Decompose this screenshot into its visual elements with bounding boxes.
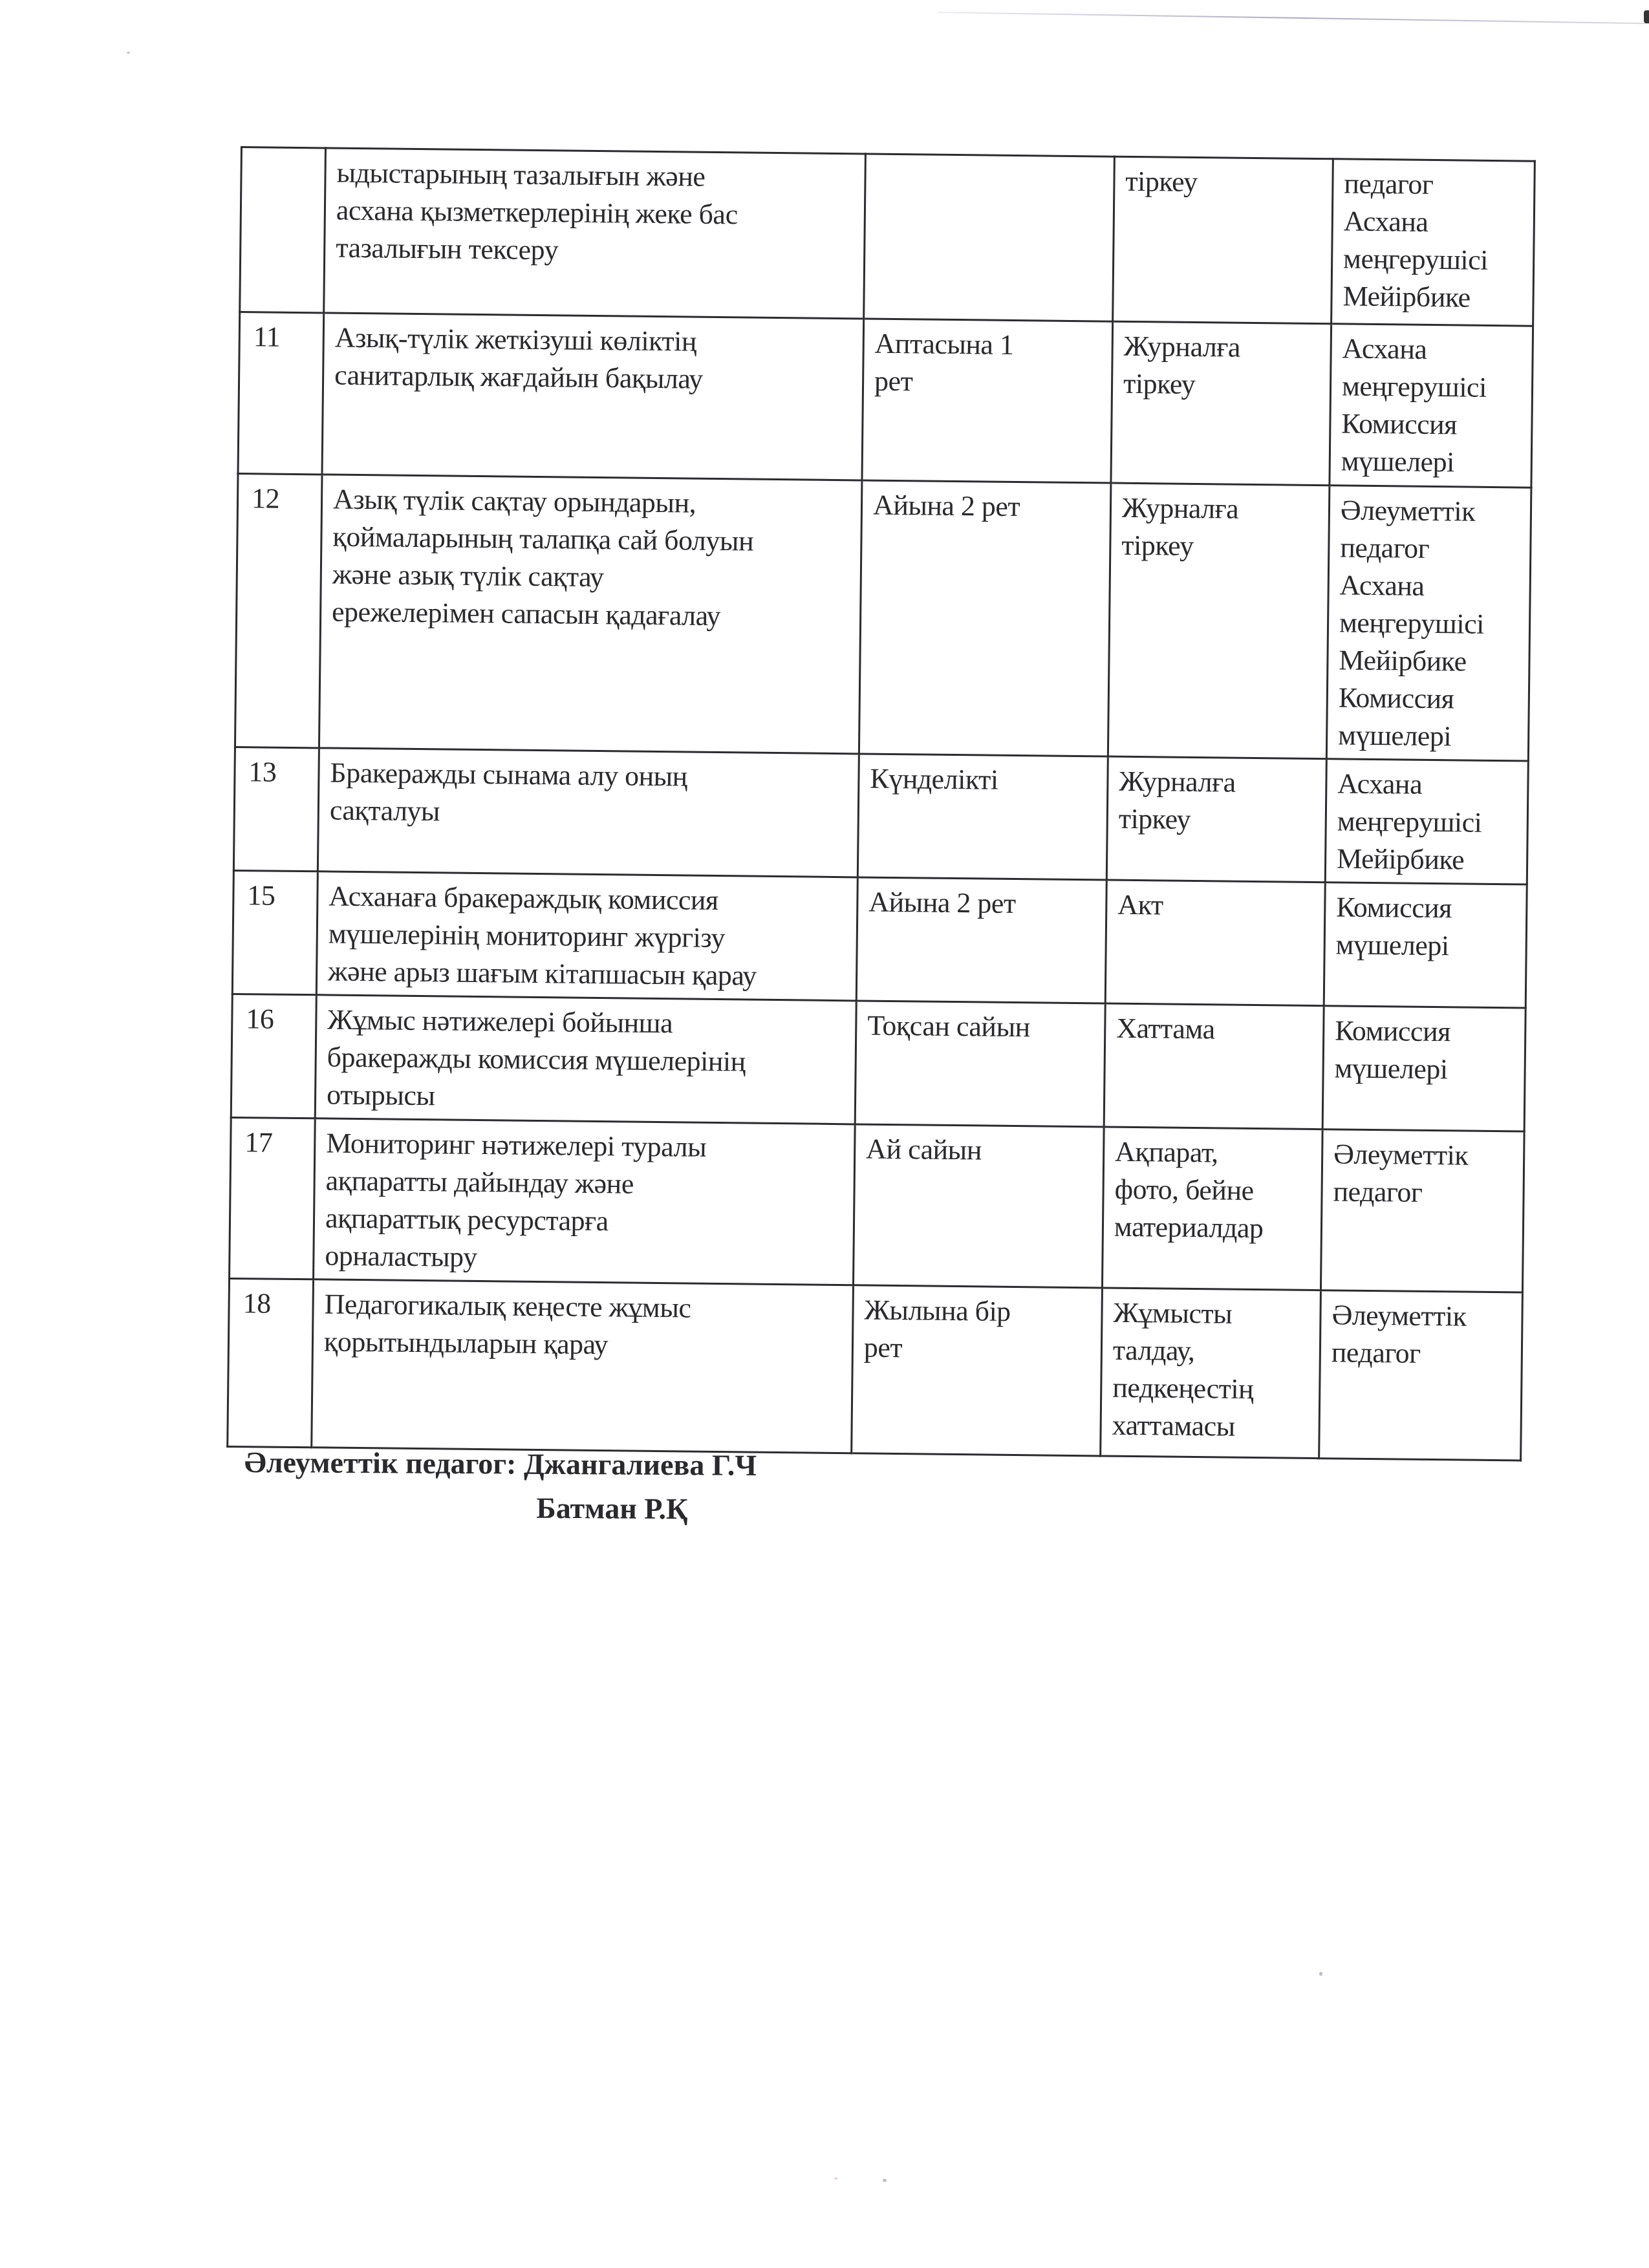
- cell-frequency: Айына 2 рет: [856, 877, 1106, 1003]
- row-number: 17: [244, 1124, 305, 1162]
- table-body: ыдыстарының тазалығын жәнеасхана қызметк…: [228, 147, 1535, 1461]
- cell-responsible-line: Әлеуметтік: [1333, 1135, 1514, 1175]
- cell-activity-line: тазалығын тексеру: [336, 230, 855, 273]
- cell-frequency-line: Ай сайын: [866, 1131, 1094, 1171]
- document-page: ыдыстарының тазалығын жәнеасхана қызметк…: [226, 146, 1534, 1462]
- cell-responsible-line: педагог: [1344, 165, 1525, 204]
- cell-activity-line: мүшелерінің мониторинг жүргізу: [329, 915, 848, 959]
- table-row: 15Асханаға бракераждық комиссиямүшелерін…: [232, 870, 1527, 1008]
- cell-frequency: [864, 154, 1115, 321]
- cell-frequency-line: рет: [864, 1329, 1092, 1369]
- signature-line-second-name: Батман Р.Қ: [244, 1487, 757, 1529]
- cell-frequency-line: Аптасына 1: [874, 325, 1103, 365]
- scan-speck: [883, 2179, 887, 2182]
- cell-responsible-line: Әлеуметтік: [1341, 491, 1522, 531]
- cell-responsible-line: Мейірбике: [1342, 277, 1524, 317]
- scan-speck: [127, 52, 130, 54]
- cell-activity-line: Мониторинг нәтижелері туралы: [326, 1125, 845, 1168]
- cell-form: Журналғатіркеу: [1111, 321, 1331, 486]
- cell-activity-line: отырысы: [327, 1076, 846, 1120]
- cell-activity-line: және азық түлік сақтау: [332, 556, 852, 599]
- cell-frequency-line: Күнделікті: [870, 760, 1098, 800]
- cell-frequency-line: Тоқсан сайын: [867, 1007, 1095, 1047]
- cell-responsible-line: меңгерушісі: [1343, 240, 1524, 279]
- cell-activity-line: қоймаларының талапқа сай болуын: [332, 519, 852, 562]
- cell-responsible-line: Асхана: [1344, 202, 1525, 242]
- cell-form-line: Хаттама: [1116, 1010, 1314, 1049]
- cell-number: 15: [232, 870, 318, 994]
- cell-frequency: Тоқсан сайын: [855, 1001, 1105, 1127]
- cell-form-line: Журналға: [1122, 489, 1320, 529]
- cell-responsible-line: Комиссия: [1339, 679, 1520, 718]
- table-row: ыдыстарының тазалығын жәнеасхана қызметк…: [240, 147, 1535, 326]
- row-number: 11: [253, 318, 314, 356]
- cell-frequency-line: Айына 2 рет: [868, 884, 1097, 924]
- cell-responsible-line: мүшелері: [1341, 442, 1522, 482]
- cell-activity-line: ақпаратты дайындау және: [325, 1162, 845, 1206]
- cell-form: Хаттама: [1104, 1003, 1324, 1129]
- table-row: 11Азық-түлік жеткізуші көліктіңсанитарлы…: [238, 312, 1533, 488]
- cell-form: Жұмыстыталдау,педкеңестіңхаттамасы: [1101, 1288, 1321, 1459]
- table-row: 12Азық түлік сақтау орындарын,қоймаларын…: [235, 473, 1531, 761]
- cell-form-line: Акт: [1117, 886, 1315, 926]
- cell-form-line: хаттамасы: [1112, 1407, 1309, 1446]
- cell-responsible-line: Комиссия: [1336, 888, 1517, 928]
- cell-responsible-line: Асхана: [1337, 765, 1518, 804]
- cell-form-line: материалдар: [1114, 1208, 1312, 1248]
- cell-number: 11: [238, 312, 324, 475]
- cell-activity-line: сақталуы: [330, 792, 849, 835]
- cell-responsible: ӘлеуметтікпедагогАсханамеңгерушісіМейірб…: [1326, 486, 1531, 761]
- cell-frequency: Айына 2 рет: [859, 480, 1111, 756]
- cell-activity: Жұмыс нәтижелері бойыншабракеражды комис…: [315, 995, 856, 1124]
- cell-responsible-line: Мейірбике: [1337, 840, 1518, 879]
- cell-activity: ыдыстарының тазалығын жәнеасхана қызметк…: [324, 148, 866, 319]
- cell-activity-line: Жұмыс нәтижелері бойынша: [327, 1001, 846, 1045]
- cell-activity-line: Азық түлік сақтау орындарын,: [333, 481, 852, 524]
- cell-activity-line: санитарлық жағдайын бақылау: [334, 357, 854, 400]
- cell-responsible-line: меңгерушісі: [1339, 604, 1520, 643]
- scan-speck: [834, 2177, 837, 2179]
- cell-frequency-line: рет: [874, 363, 1103, 403]
- cell-form-line: тіркеу: [1119, 800, 1317, 840]
- cell-number: 13: [233, 747, 319, 871]
- row-number: 18: [242, 1285, 303, 1323]
- cell-number: 12: [235, 473, 322, 747]
- cell-responsible-line: педагог: [1333, 1173, 1514, 1212]
- cell-activity: Педагогикалық кеңесте жұмысқорытындылары…: [312, 1279, 854, 1453]
- table-row: 13Бракеражды сынама алу оныңсақталуыКүнд…: [233, 747, 1528, 884]
- cell-activity: Бракеражды сынама алу оныңсақталуы: [318, 748, 859, 877]
- cell-responsible-line: Асхана: [1339, 566, 1520, 606]
- cell-form-line: тіркеу: [1125, 163, 1323, 202]
- cell-activity-line: және арыз шағым кітапшасын қарау: [328, 953, 847, 996]
- cell-responsible-line: Әлеуметтік: [1331, 1296, 1513, 1336]
- cell-responsible-line: Комиссия: [1341, 405, 1522, 444]
- cell-form-line: Жұмысты: [1113, 1294, 1311, 1334]
- table-row: 17Мониторинг нәтижелері туралыақпаратты …: [230, 1117, 1525, 1292]
- cell-activity: Азық-түлік жеткізуші көліктіңсанитарлық …: [322, 313, 864, 480]
- cell-responsible-line: меңгерушісі: [1342, 367, 1523, 407]
- cell-form: Журналғатіркеу: [1108, 483, 1330, 759]
- cell-activity: Азық түлік сақтау орындарын,қоймаларының…: [319, 475, 862, 754]
- scan-corner-artifact: [1644, 10, 1649, 23]
- signature-block: Әлеуметтік педагог: Джангалиева Г.Ч Батм…: [244, 1443, 757, 1529]
- cell-responsible-line: Комиссия: [1335, 1012, 1516, 1051]
- cell-activity-line: Педагогикалық кеңесте жұмыс: [324, 1286, 843, 1329]
- cell-activity: Мониторинг нәтижелері туралыақпаратты да…: [314, 1118, 856, 1285]
- cell-responsible: педагогАсханамеңгерушісіМейірбике: [1331, 159, 1535, 326]
- cell-number: 16: [231, 994, 316, 1118]
- cell-activity-line: Азық-түлік жеткізуші көліктің: [334, 319, 854, 363]
- scan-edge-artifact: [938, 12, 1649, 24]
- cell-form-line: Журналға: [1119, 763, 1317, 802]
- cell-frequency: Аптасына 1рет: [862, 319, 1113, 483]
- cell-responsible-line: Асхана: [1342, 330, 1523, 369]
- cell-responsible-line: мүшелері: [1338, 716, 1519, 756]
- cell-form-line: тіркеу: [1123, 365, 1321, 405]
- cell-responsible-line: меңгерушісі: [1337, 802, 1518, 842]
- cell-responsible-line: педагог: [1331, 1334, 1513, 1373]
- cell-responsible: Комиссиямүшелері: [1324, 883, 1527, 1008]
- cell-responsible-line: мүшелері: [1334, 1049, 1515, 1089]
- signature-line-social-pedagogue: Әлеуметтік педагог: Джангалиева Г.Ч: [244, 1446, 757, 1482]
- cell-responsible: АсханамеңгерушісіКомиссиямүшелері: [1330, 324, 1533, 487]
- scan-speck: [1319, 1972, 1322, 1976]
- cell-frequency: Күнделікті: [857, 754, 1108, 880]
- cell-responsible-line: педагог: [1340, 529, 1521, 568]
- cell-responsible-line: Мейірбике: [1339, 641, 1520, 681]
- cell-form: Акт: [1105, 880, 1325, 1006]
- cell-activity-line: ережелерімен сапасын қадағалау: [332, 594, 851, 637]
- cell-responsible-line: мүшелері: [1335, 926, 1516, 965]
- cell-activity-line: ыдыстарының тазалығын және: [336, 155, 856, 198]
- cell-form: Ақпарат,фото, бейнематериалдар: [1102, 1127, 1322, 1290]
- cell-responsible: АсханамеңгерушісіМейірбике: [1325, 759, 1528, 884]
- table-row: 16Жұмыс нәтижелері бойыншабракеражды ком…: [231, 994, 1525, 1131]
- cell-form: тіркеу: [1113, 156, 1333, 324]
- row-number: 13: [248, 753, 309, 791]
- cell-frequency: Ай сайын: [853, 1124, 1104, 1288]
- cell-responsible: Әлеуметтікпедагог: [1320, 1129, 1524, 1292]
- cell-frequency-line: Жылына бір: [864, 1292, 1092, 1332]
- cell-responsible: Комиссиямүшелері: [1322, 1006, 1525, 1131]
- cell-form-line: Ақпарат,: [1115, 1133, 1313, 1173]
- cell-activity-line: асхана қызметкерлерінің жеке бас: [336, 192, 856, 235]
- cell-responsible: Әлеуметтікпедагог: [1319, 1290, 1523, 1460]
- table-row: 18Педагогикалық кеңесте жұмысқорытындыла…: [228, 1278, 1523, 1460]
- row-number: 12: [252, 480, 312, 518]
- cell-activity-line: ақпараттық ресурстарға: [325, 1200, 845, 1243]
- row-number: [255, 153, 316, 154]
- cell-form: Журналғатіркеу: [1106, 756, 1326, 883]
- cell-form-line: тіркеу: [1121, 527, 1319, 566]
- cell-form-line: талдау,: [1113, 1332, 1311, 1371]
- cell-activity: Асханаға бракераждық комиссиямүшелерінің…: [316, 872, 857, 1001]
- cell-frequency-line: Айына 2 рет: [873, 487, 1101, 527]
- cell-activity-line: орналастыру: [325, 1237, 844, 1281]
- cell-form-line: фото, бейне: [1114, 1171, 1312, 1210]
- cell-activity-line: қорытындыларын қарау: [324, 1323, 843, 1367]
- cell-frequency: Жылына біррет: [852, 1285, 1103, 1456]
- cell-number: 17: [230, 1117, 316, 1279]
- row-number: 15: [247, 877, 308, 915]
- cell-form-line: Журналға: [1123, 328, 1321, 367]
- monitoring-plan-table: ыдыстарының тазалығын жәнеасхана қызметк…: [226, 146, 1536, 1462]
- cell-number: [240, 147, 326, 313]
- cell-form-line: педкеңестің: [1112, 1369, 1310, 1409]
- cell-activity-line: Бракеражды сынама алу оның: [330, 754, 849, 798]
- row-number: 16: [246, 1000, 307, 1038]
- cell-number: 18: [228, 1278, 314, 1447]
- cell-activity-line: Асханаға бракераждық комиссия: [329, 878, 848, 921]
- cell-activity-line: бракеражды комиссия мүшелерінің: [327, 1039, 846, 1082]
